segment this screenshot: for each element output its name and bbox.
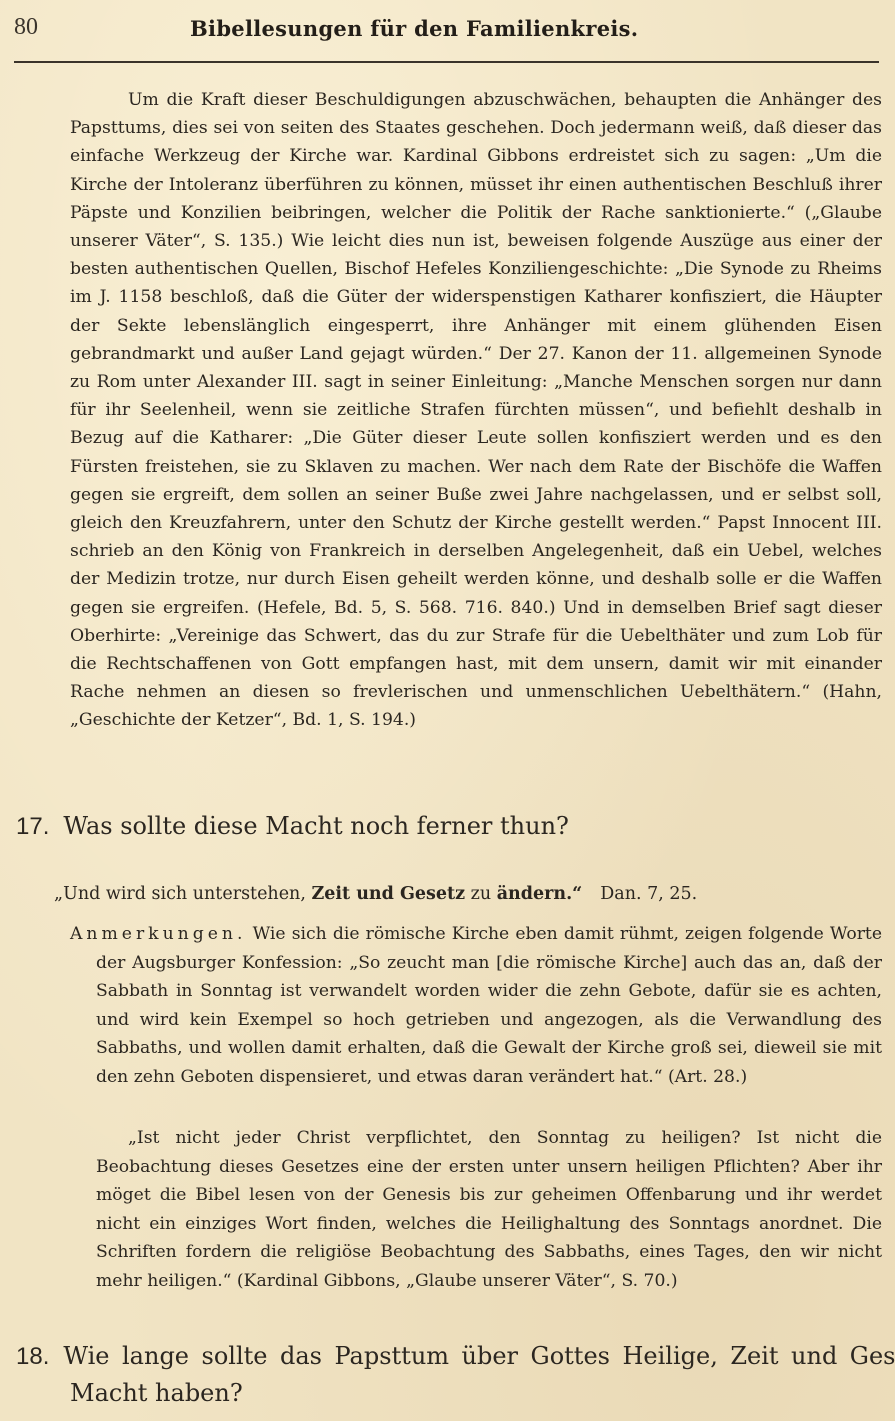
question-number: 18.: [16, 1343, 49, 1370]
page-header: 80 Bibellesungen für den Familienkreis.: [14, 10, 884, 50]
page-number: 80: [14, 14, 38, 41]
answer-text: zu: [465, 884, 497, 904]
answer-text: „Und wird sich unterstehen,: [54, 884, 311, 904]
notes-label: Anmerkungen.: [70, 924, 246, 944]
notes-section: Anmerkungen. Wie sich die römische Kirch…: [70, 920, 882, 1092]
question-text: Wie lange sollte das Papsttum über Gotte…: [63, 1342, 895, 1407]
header-rule: [14, 61, 879, 63]
answer-17: „Und wird sich unterstehen, Zeit und Ges…: [54, 884, 874, 904]
notes-text: Wie sich die römische Kirche eben damit …: [96, 924, 882, 1087]
question-18: 18.Wie lange sollte das Papsttum über Go…: [16, 1338, 895, 1411]
scripture-reference: Dan. 7, 25.: [600, 884, 697, 904]
question-number: 17.: [16, 813, 49, 840]
question-text: Was sollte diese Macht noch ferner thun?: [63, 812, 569, 840]
paragraph-beschuldigungen: Um die Kraft dieser Beschuldigungen abzu…: [70, 86, 882, 735]
gibbons-quote: „Ist nicht jeder Christ verpflichtet, de…: [96, 1124, 882, 1296]
running-title: Bibellesungen für den Familienkreis.: [190, 16, 638, 41]
question-17: 17.Was sollte diese Macht noch ferner th…: [16, 812, 886, 841]
answer-emphasis: Zeit und Gesetz: [311, 884, 465, 904]
answer-emphasis: ändern.“: [497, 884, 583, 904]
